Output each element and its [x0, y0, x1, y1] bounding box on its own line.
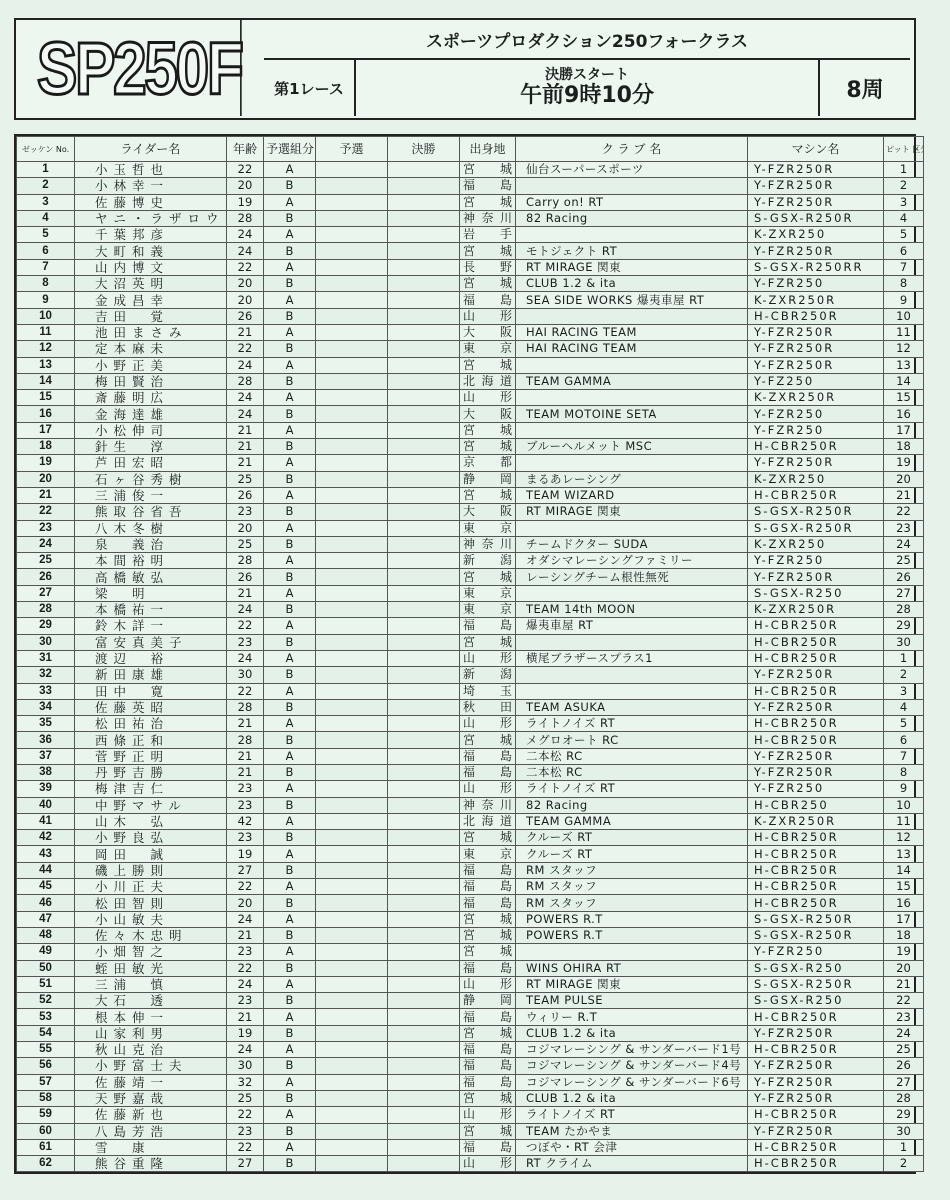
- qualifying-group: B: [264, 341, 316, 357]
- qualifying-result: [316, 618, 388, 634]
- pit-section: 11: [884, 813, 924, 829]
- machine-name: S-GSX-R250: [748, 960, 884, 976]
- qualifying-result: [316, 699, 388, 715]
- rider-name: 岡田 誠: [75, 846, 227, 862]
- rider-number: 61: [17, 1139, 75, 1155]
- rider-name: 針生 淳: [75, 439, 227, 455]
- club-name: RM スタッフ: [516, 862, 748, 878]
- final-result: [388, 764, 460, 780]
- rider-number: 10: [17, 308, 75, 324]
- rider-name: 小松伸司: [75, 422, 227, 438]
- rider-number: 38: [17, 764, 75, 780]
- pit-section: 20: [884, 960, 924, 976]
- qualifying-group: A: [264, 976, 316, 992]
- final-result: [388, 927, 460, 943]
- rider-age: 24: [227, 390, 264, 406]
- final-result: [388, 455, 460, 471]
- table-row: 12定本麻未22B東京HAI RACING TEAMY-FZR250R12: [17, 341, 924, 357]
- qualifying-group: B: [264, 993, 316, 1009]
- rider-number: 20: [17, 471, 75, 487]
- table-row: 1小玉哲也22A宮城仙台スーパースポーツY-FZR250R1: [17, 162, 924, 178]
- qualifying-result: [316, 846, 388, 862]
- qualifying-group: A: [264, 944, 316, 960]
- prefecture: 新潟: [460, 667, 516, 683]
- final-result: [388, 1156, 460, 1172]
- machine-name: Y-FZR250: [748, 553, 884, 569]
- pit-section: 22: [884, 504, 924, 520]
- rider-age: 24: [227, 406, 264, 422]
- qualifying-result: [316, 227, 388, 243]
- qualifying-group: B: [264, 764, 316, 780]
- rider-age: 21: [227, 764, 264, 780]
- rider-age: 22: [227, 683, 264, 699]
- prefecture: 福島: [460, 862, 516, 878]
- pit-section: 10: [884, 308, 924, 324]
- machine-name: Y-FZR250: [748, 276, 884, 292]
- prefecture: 宮城: [460, 830, 516, 846]
- qualifying-group: A: [264, 1042, 316, 1058]
- qualifying-result: [316, 862, 388, 878]
- final-result: [388, 227, 460, 243]
- club-name: TEAM ASUKA: [516, 699, 748, 715]
- pit-section: 13: [884, 357, 924, 373]
- rider-name: 熊取谷省吾: [75, 504, 227, 520]
- rider-number: 54: [17, 1025, 75, 1041]
- machine-name: K-ZXR250R: [748, 292, 884, 308]
- pit-section: 4: [884, 210, 924, 226]
- club-name: ウィリー R.T: [516, 1009, 748, 1025]
- qualifying-result: [316, 634, 388, 650]
- rider-name: 山内博文: [75, 259, 227, 275]
- table-row: 22熊取谷省吾23B大阪RT MIRAGE 関東S-GSX-R250R22: [17, 504, 924, 520]
- final-result: [388, 960, 460, 976]
- table-row: 29鈴木詳一22A福島爆夷車屋 RTH-CBR250R29: [17, 618, 924, 634]
- rider-name: 泉 義治: [75, 536, 227, 552]
- qualifying-result: [316, 162, 388, 178]
- machine-name: Y-FZR250R: [748, 1025, 884, 1041]
- qualifying-group: B: [264, 732, 316, 748]
- qualifying-group: A: [264, 781, 316, 797]
- prefecture: 福島: [460, 292, 516, 308]
- pit-section: 16: [884, 895, 924, 911]
- rider-name: 丹野吉勝: [75, 764, 227, 780]
- club-name: ブルーヘルメット MSC: [516, 439, 748, 455]
- pit-section: 14: [884, 373, 924, 389]
- pit-section: 14: [884, 862, 924, 878]
- club-name: 爆夷車屋 RT: [516, 618, 748, 634]
- qualifying-group: A: [264, 618, 316, 634]
- class-logo: SP250F: [38, 20, 241, 116]
- club-name: コジマレーシング & サンダーバード4号: [516, 1058, 748, 1074]
- qualifying-result: [316, 879, 388, 895]
- qualifying-result: [316, 357, 388, 373]
- pit-section: 19: [884, 455, 924, 471]
- qualifying-group: A: [264, 194, 316, 210]
- final-result: [388, 487, 460, 503]
- pit-section: 9: [884, 781, 924, 797]
- rider-number: 41: [17, 813, 75, 829]
- prefecture: 神奈川: [460, 536, 516, 552]
- rider-name: 佐藤英昭: [75, 699, 227, 715]
- rider-number: 22: [17, 504, 75, 520]
- prefecture: 静岡: [460, 471, 516, 487]
- pit-section: 23: [884, 520, 924, 536]
- machine-name: H-CBR250R: [748, 830, 884, 846]
- rider-number: 46: [17, 895, 75, 911]
- prefecture: 福島: [460, 1139, 516, 1155]
- qualifying-group: B: [264, 276, 316, 292]
- final-result: [388, 1009, 460, 1025]
- rider-number: 49: [17, 944, 75, 960]
- pit-section: 5: [884, 227, 924, 243]
- qualifying-result: [316, 553, 388, 569]
- rider-name: 田中 寛: [75, 683, 227, 699]
- rider-number: 28: [17, 602, 75, 618]
- club-name: 82 Racing: [516, 797, 748, 813]
- rider-number: 15: [17, 390, 75, 406]
- rider-name: 雪 康: [75, 1139, 227, 1155]
- pit-section: 6: [884, 732, 924, 748]
- rider-name: 梅田賢治: [75, 373, 227, 389]
- qualifying-result: [316, 439, 388, 455]
- qualifying-group: B: [264, 210, 316, 226]
- qualifying-group: A: [264, 650, 316, 666]
- rider-name: 新田康雄: [75, 667, 227, 683]
- final-result: [388, 781, 460, 797]
- rider-age: 26: [227, 487, 264, 503]
- final-result: [388, 194, 460, 210]
- club-name: メグロオート RC: [516, 732, 748, 748]
- pit-section: 30: [884, 1123, 924, 1139]
- prefecture: 長野: [460, 259, 516, 275]
- rider-number: 14: [17, 373, 75, 389]
- prefecture: 宮城: [460, 1090, 516, 1106]
- pit-section: 23: [884, 1009, 924, 1025]
- rider-name: 池田まさみ: [75, 324, 227, 340]
- final-result: [388, 243, 460, 259]
- prefecture: 宮城: [460, 357, 516, 373]
- qualifying-result: [316, 1025, 388, 1041]
- col-header-final: 決勝: [388, 137, 460, 162]
- club-name: [516, 683, 748, 699]
- prefecture: 神奈川: [460, 797, 516, 813]
- rider-number: 58: [17, 1090, 75, 1106]
- rider-age: 24: [227, 650, 264, 666]
- rider-number: 25: [17, 553, 75, 569]
- rider-age: 22: [227, 618, 264, 634]
- qualifying-group: B: [264, 895, 316, 911]
- prefecture: 大阪: [460, 406, 516, 422]
- race-label: 第1レース: [264, 60, 356, 116]
- machine-name: S-GSX-R250R: [748, 927, 884, 943]
- prefecture: 宮城: [460, 569, 516, 585]
- entry-table: ゼッケン No. ライダー名 年齢 予選組分 予選 決勝 出身地 ク ラ ブ 名…: [16, 136, 924, 1172]
- prefecture: 福島: [460, 1009, 516, 1025]
- club-name: TEAM WIZARD: [516, 487, 748, 503]
- prefecture: 宮城: [460, 194, 516, 210]
- table-row: 47小山敏夫24A宮城POWERS R.TS-GSX-R250R17: [17, 911, 924, 927]
- qualifying-result: [316, 243, 388, 259]
- table-row: 38丹野吉勝21B福島二本松 RCY-FZR250R8: [17, 764, 924, 780]
- qualifying-group: B: [264, 569, 316, 585]
- pit-section: 25: [884, 1042, 924, 1058]
- rider-age: 24: [227, 1042, 264, 1058]
- rider-name: 西條正和: [75, 732, 227, 748]
- prefecture: 東京: [460, 846, 516, 862]
- club-name: TEAM 14th MOON: [516, 602, 748, 618]
- prefecture: 宮城: [460, 1123, 516, 1139]
- final-result: [388, 373, 460, 389]
- prefecture: 福島: [460, 895, 516, 911]
- machine-name: Y-FZR250R: [748, 1058, 884, 1074]
- rider-number: 1: [17, 162, 75, 178]
- qualifying-result: [316, 830, 388, 846]
- rider-age: 24: [227, 227, 264, 243]
- qualifying-group: B: [264, 536, 316, 552]
- qualifying-group: A: [264, 748, 316, 764]
- qualifying-result: [316, 1107, 388, 1123]
- prefecture: 神奈川: [460, 210, 516, 226]
- rider-number: 12: [17, 341, 75, 357]
- qualifying-group: B: [264, 178, 316, 194]
- qualifying-group: B: [264, 439, 316, 455]
- machine-name: S-GSX-R250R: [748, 504, 884, 520]
- pit-section: 2: [884, 1156, 924, 1172]
- table-row: 58天野嘉哉25B宮城CLUB 1.2 & itaY-FZR250R28: [17, 1090, 924, 1106]
- final-result: [388, 520, 460, 536]
- rider-age: 28: [227, 373, 264, 389]
- prefecture: 埼玉: [460, 683, 516, 699]
- qualifying-group: A: [264, 716, 316, 732]
- machine-name: Y-FZR250R: [748, 667, 884, 683]
- prefecture: 宮城: [460, 276, 516, 292]
- qualifying-group: B: [264, 243, 316, 259]
- club-name: [516, 520, 748, 536]
- qualifying-group: B: [264, 504, 316, 520]
- qualifying-group: B: [264, 830, 316, 846]
- final-result: [388, 178, 460, 194]
- club-name: ライトノイズ RT: [516, 781, 748, 797]
- pit-section: 24: [884, 1025, 924, 1041]
- club-name: RT MIRAGE 関東: [516, 504, 748, 520]
- qualifying-result: [316, 1058, 388, 1074]
- pit-section: 12: [884, 830, 924, 846]
- rider-age: 24: [227, 976, 264, 992]
- qualifying-result: [316, 406, 388, 422]
- prefecture: 山形: [460, 650, 516, 666]
- machine-name: Y-FZR250R: [748, 324, 884, 340]
- pit-section: 27: [884, 585, 924, 601]
- rider-number: 57: [17, 1074, 75, 1090]
- prefecture: 福島: [460, 1058, 516, 1074]
- table-row: 23八木冬樹20A東京S-GSX-R250R23: [17, 520, 924, 536]
- rider-name: 本橋祐一: [75, 602, 227, 618]
- rider-name: 蛭田敏光: [75, 960, 227, 976]
- club-name: [516, 634, 748, 650]
- qualifying-group: B: [264, 797, 316, 813]
- machine-name: H-CBR250R: [748, 862, 884, 878]
- rider-age: 23: [227, 1123, 264, 1139]
- qualifying-result: [316, 944, 388, 960]
- rider-name: 吉田 覚: [75, 308, 227, 324]
- table-row: 31渡辺 裕24A山形横尾ブラザースプラス1H-CBR250R1: [17, 650, 924, 666]
- rider-age: 21: [227, 585, 264, 601]
- rider-name: 渡辺 裕: [75, 650, 227, 666]
- rider-name: 松田祐治: [75, 716, 227, 732]
- club-name: WINS OHIRA RT: [516, 960, 748, 976]
- qualifying-group: A: [264, 259, 316, 275]
- prefecture: 福島: [460, 1074, 516, 1090]
- pit-section: 4: [884, 699, 924, 715]
- machine-name: Y-FZR250: [748, 406, 884, 422]
- rider-age: 25: [227, 536, 264, 552]
- table-row: 16金海達雄24B大阪TEAM MOTOINE SETAY-FZR25016: [17, 406, 924, 422]
- final-result: [388, 1042, 460, 1058]
- rider-number: 26: [17, 569, 75, 585]
- table-row: 59佐藤新也22A山形ライトノイズ RTH-CBR250R29: [17, 1107, 924, 1123]
- rider-name: 中野マサル: [75, 797, 227, 813]
- pit-section: 22: [884, 993, 924, 1009]
- pit-section: 18: [884, 439, 924, 455]
- rider-number: 6: [17, 243, 75, 259]
- final-result: [388, 357, 460, 373]
- machine-name: K-ZXR250: [748, 471, 884, 487]
- machine-name: H-CBR250R: [748, 683, 884, 699]
- rider-age: 27: [227, 1156, 264, 1172]
- rider-age: 20: [227, 520, 264, 536]
- rider-age: 28: [227, 699, 264, 715]
- rider-number: 40: [17, 797, 75, 813]
- qualifying-result: [316, 471, 388, 487]
- table-row: 51三浦 慎24A山形RT MIRAGE 関東S-GSX-R250R21: [17, 976, 924, 992]
- rider-number: 27: [17, 585, 75, 601]
- qualifying-result: [316, 927, 388, 943]
- qualifying-result: [316, 194, 388, 210]
- qualifying-group: B: [264, 602, 316, 618]
- rider-age: 23: [227, 504, 264, 520]
- final-result: [388, 699, 460, 715]
- table-header-row: ゼッケン No. ライダー名 年齢 予選組分 予選 決勝 出身地 ク ラ ブ 名…: [17, 137, 924, 162]
- qualifying-group: A: [264, 813, 316, 829]
- rider-number: 62: [17, 1156, 75, 1172]
- rider-age: 30: [227, 1058, 264, 1074]
- rider-age: 21: [227, 1009, 264, 1025]
- club-name: ライトノイズ RT: [516, 1107, 748, 1123]
- pit-section: 11: [884, 324, 924, 340]
- qualifying-group: B: [264, 406, 316, 422]
- table-row: 62熊谷重隆27B山形RT クライムH-CBR250R2: [17, 1156, 924, 1172]
- start-time: 午前9時10分: [520, 84, 654, 108]
- table-row: 40中野マサル23B神奈川82 RacingH-CBR25010: [17, 797, 924, 813]
- rider-number: 42: [17, 830, 75, 846]
- club-name: つぼや・RT 会津: [516, 1139, 748, 1155]
- final-result: [388, 846, 460, 862]
- table-row: 36西條正和28B宮城メグロオート RCH-CBR250R6: [17, 732, 924, 748]
- machine-name: H-CBR250R: [748, 618, 884, 634]
- pit-section: 1: [884, 650, 924, 666]
- final-result: [388, 813, 460, 829]
- club-name: [516, 178, 748, 194]
- pit-section: 2: [884, 178, 924, 194]
- pit-section: 28: [884, 602, 924, 618]
- rider-name: ヤニ・ラザロウ: [75, 210, 227, 226]
- pit-section: 26: [884, 569, 924, 585]
- club-name: 横尾ブラザースプラス1: [516, 650, 748, 666]
- rider-name: 秋山克治: [75, 1042, 227, 1058]
- machine-name: K-ZXR250R: [748, 813, 884, 829]
- rider-number: 21: [17, 487, 75, 503]
- machine-name: K-ZXR250: [748, 536, 884, 552]
- table-row: 34佐藤英昭28B秋田TEAM ASUKAY-FZR250R4: [17, 699, 924, 715]
- final-result: [388, 1139, 460, 1155]
- rider-name: 根本伸一: [75, 1009, 227, 1025]
- prefecture: 東京: [460, 520, 516, 536]
- final-result: [388, 1090, 460, 1106]
- qualifying-result: [316, 960, 388, 976]
- rider-age: 27: [227, 862, 264, 878]
- prefecture: 宮城: [460, 944, 516, 960]
- table-row: 24泉 義治25B神奈川チームドクター SUDAK-ZXR25024: [17, 536, 924, 552]
- club-name: [516, 455, 748, 471]
- rider-number: 45: [17, 879, 75, 895]
- table-row: 46松田智則20B福島RM スタッフH-CBR250R16: [17, 895, 924, 911]
- rider-age: 22: [227, 1107, 264, 1123]
- club-name: ライトノイズ RT: [516, 716, 748, 732]
- rider-number: 16: [17, 406, 75, 422]
- final-result: [388, 341, 460, 357]
- machine-name: Y-FZR250R: [748, 748, 884, 764]
- rider-number: 39: [17, 781, 75, 797]
- table-row: 11池田まさみ21A大阪HAI RACING TEAMY-FZR250R11: [17, 324, 924, 340]
- final-result: [388, 797, 460, 813]
- rider-number: 36: [17, 732, 75, 748]
- rider-age: 20: [227, 178, 264, 194]
- rider-number: 37: [17, 748, 75, 764]
- machine-name: H-CBR250R: [748, 1139, 884, 1155]
- pit-section: 3: [884, 194, 924, 210]
- rider-number: 4: [17, 210, 75, 226]
- table-row: 3佐藤博史19A宮城Carry on! RTY-FZR250R3: [17, 194, 924, 210]
- qualifying-group: B: [264, 927, 316, 943]
- club-name: CLUB 1.2 & ita: [516, 1025, 748, 1041]
- rider-name: 斎藤明広: [75, 390, 227, 406]
- col-header-club: ク ラ ブ 名: [516, 137, 748, 162]
- final-result: [388, 830, 460, 846]
- prefecture: 福島: [460, 178, 516, 194]
- table-row: 25本間裕明28A新潟オダシマレーシングファミリーY-FZR25025: [17, 553, 924, 569]
- qualifying-result: [316, 602, 388, 618]
- qualifying-result: [316, 895, 388, 911]
- prefecture: 大阪: [460, 504, 516, 520]
- rider-number: 31: [17, 650, 75, 666]
- qualifying-group: A: [264, 292, 316, 308]
- pit-section: 28: [884, 1090, 924, 1106]
- rider-name: 小畑智之: [75, 944, 227, 960]
- final-result: [388, 292, 460, 308]
- qualifying-result: [316, 210, 388, 226]
- machine-name: Y-FZR250: [748, 944, 884, 960]
- rider-number: 44: [17, 862, 75, 878]
- rider-number: 9: [17, 292, 75, 308]
- rider-age: 25: [227, 1090, 264, 1106]
- prefecture: 静岡: [460, 993, 516, 1009]
- table-row: 55秋山克治24A福島コジマレーシング & サンダーバード1号H-CBR250R…: [17, 1042, 924, 1058]
- rider-name: 富安真美子: [75, 634, 227, 650]
- qualifying-result: [316, 1156, 388, 1172]
- table-row: 57佐藤靖一32A福島コジマレーシング & サンダーバード6号Y-FZR250R…: [17, 1074, 924, 1090]
- final-result: [388, 406, 460, 422]
- rider-name: 小川正夫: [75, 879, 227, 895]
